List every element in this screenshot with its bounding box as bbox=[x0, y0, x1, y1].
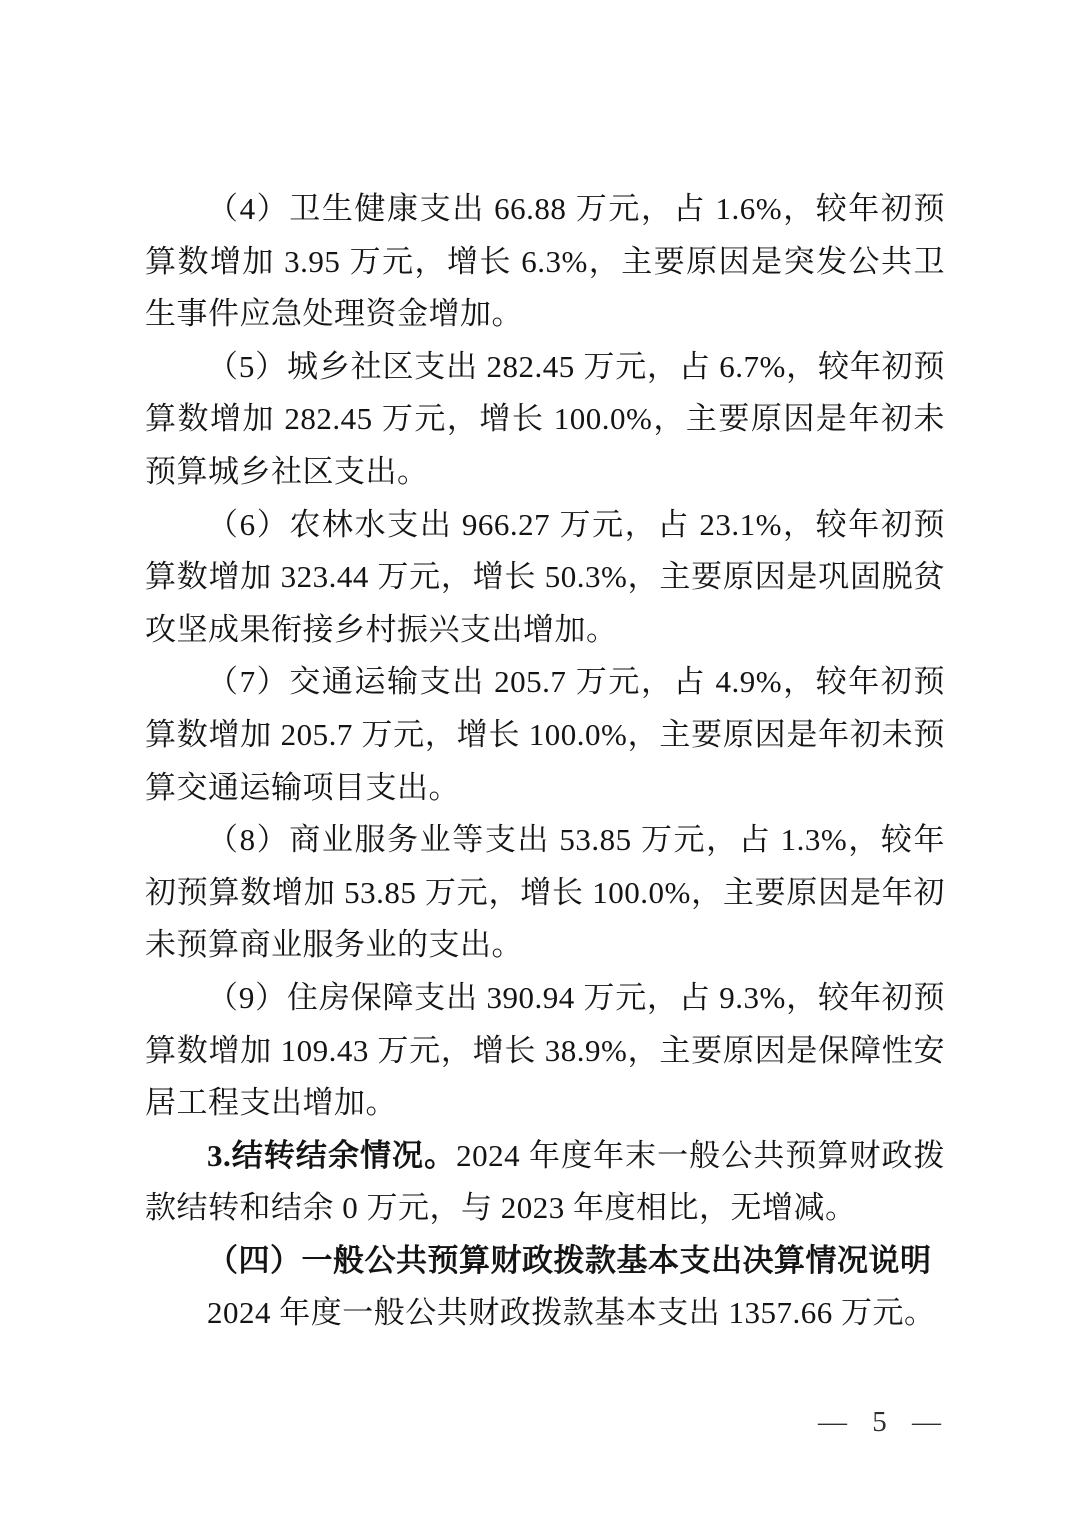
paragraph-agriculture-forestry-water-expenditure: （6）农林水支出 966.27 万元，占 23.1%，较年初预算数增加 323.… bbox=[145, 499, 945, 657]
carryover-balance-heading: 3.结转结余情况。 bbox=[207, 1138, 456, 1173]
paragraph-transportation-expenditure: （7）交通运输支出 205.7 万元，占 4.9%，较年初预算数增加 205.7… bbox=[145, 656, 945, 814]
page-number: — 5 — bbox=[818, 1402, 942, 1442]
paragraph-basic-expenditure-total: 2024 年度一般公共财政拨款基本支出 1357.66 万元。 bbox=[145, 1287, 945, 1340]
paragraph-health-expenditure: （4）卫生健康支出 66.88 万元，占 1.6%，较年初预算数增加 3.95 … bbox=[145, 183, 945, 341]
document-body: （4）卫生健康支出 66.88 万元，占 1.6%，较年初预算数增加 3.95 … bbox=[145, 183, 945, 1340]
section-heading-basic-expenditure: （四）一般公共预算财政拨款基本支出决算情况说明 bbox=[145, 1235, 945, 1288]
paragraph-commercial-services-expenditure: （8）商业服务业等支出 53.85 万元，占 1.3%，较年初预算数增加 53.… bbox=[145, 814, 945, 972]
paragraph-urban-rural-community-expenditure: （5）城乡社区支出 282.45 万元，占 6.7%，较年初预算数增加 282.… bbox=[145, 341, 945, 499]
paragraph-housing-security-expenditure: （9）住房保障支出 390.94 万元，占 9.3%，较年初预算数增加 109.… bbox=[145, 972, 945, 1130]
paragraph-carryover-balance: 3.结转结余情况。2024 年度年末一般公共预算财政拨款结转和结余 0 万元，与… bbox=[145, 1130, 945, 1235]
